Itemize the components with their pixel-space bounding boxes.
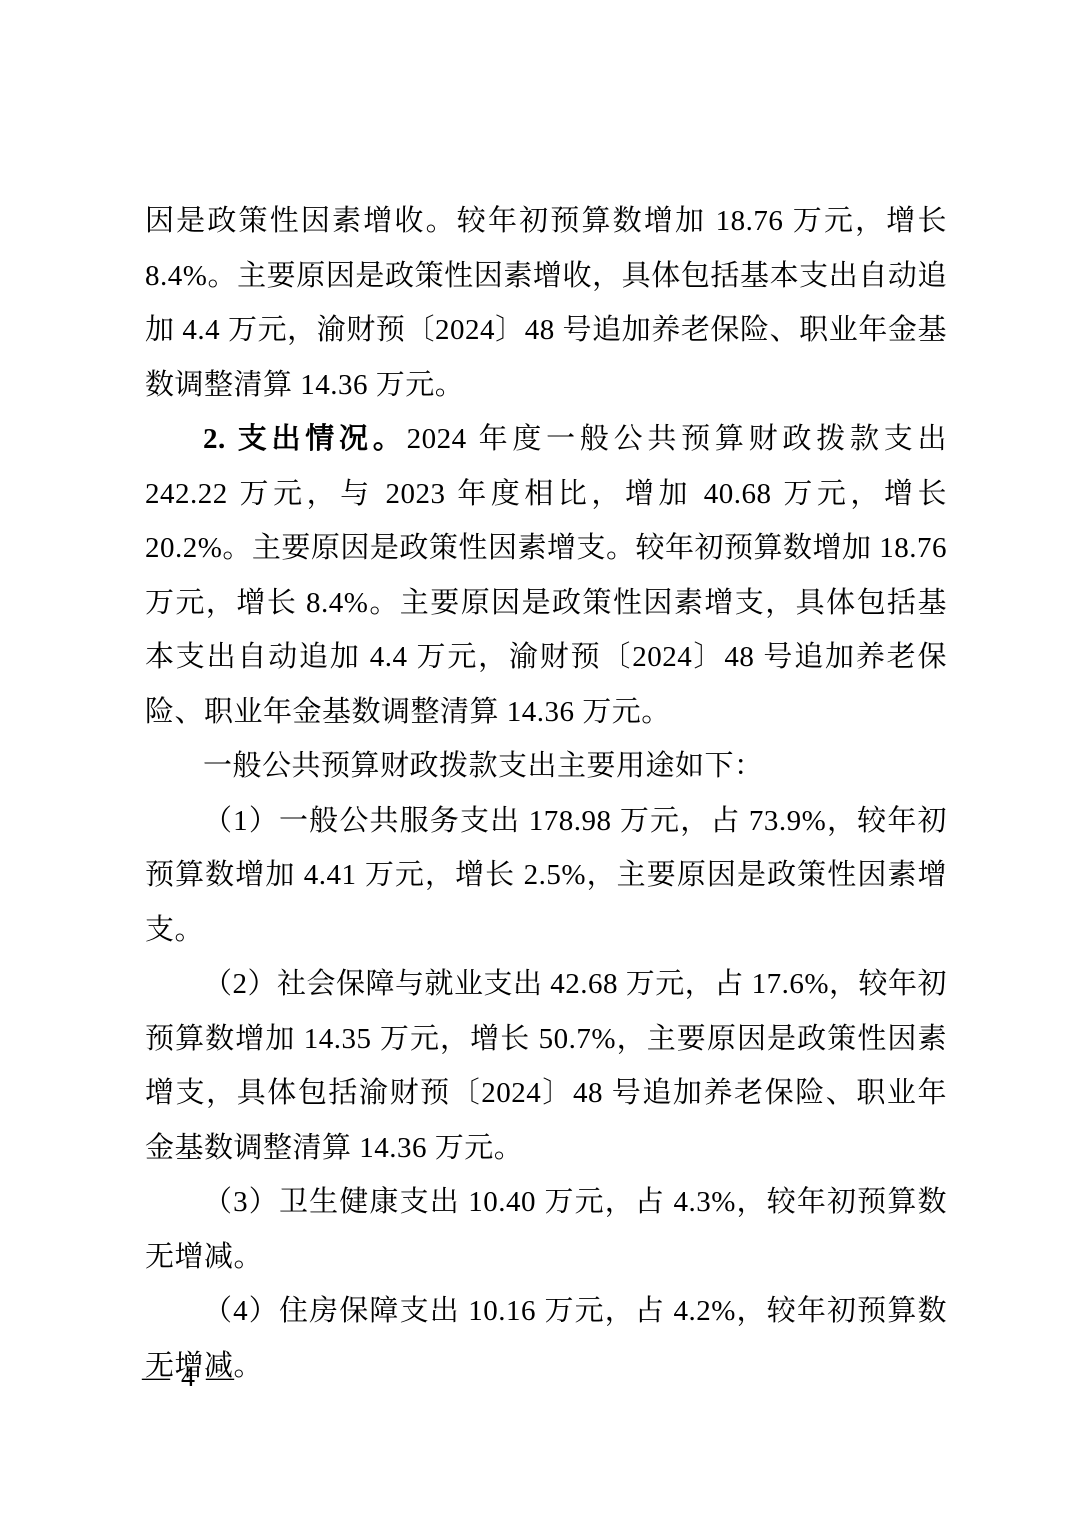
paragraph-item-3-health: （3）卫生健康支出 10.40 万元，占 4.3%，较年初预算数无增减。 bbox=[145, 1175, 947, 1284]
paragraph-item-2-social-security-employment: （2）社会保障与就业支出 42.68 万元，占 17.6%，较年初预算数增加 1… bbox=[145, 957, 947, 1175]
paragraph-expenditure-overview: 2. 支出情况。2024 年度一般公共预算财政拨款支出 242.22 万元，与 … bbox=[145, 412, 947, 739]
paragraph-item-4-housing-security: （4）住房保障支出 10.16 万元，占 4.2%，较年初预算数无增减。 bbox=[145, 1284, 947, 1393]
page-number: — 4 — bbox=[142, 1358, 236, 1398]
expenditure-section-body: 2024 年度一般公共预算财政拨款支出 242.22 万元，与 2023 年度相… bbox=[145, 423, 947, 728]
paragraph-usage-intro: 一般公共预算财政拨款支出主要用途如下： bbox=[145, 739, 947, 794]
document-body-text: 因是政策性因素增收。较年初预算数增加 18.76 万元，增长 8.4%。主要原因… bbox=[145, 194, 947, 1393]
paragraph-item-1-general-public-services: （1）一般公共服务支出 178.98 万元，占 73.9%，较年初预算数增加 4… bbox=[145, 794, 947, 958]
paragraph-revenue-continuation: 因是政策性因素增收。较年初预算数增加 18.76 万元，增长 8.4%。主要原因… bbox=[145, 194, 947, 412]
expenditure-section-heading: 2. 支出情况。 bbox=[203, 423, 407, 455]
document-page: 因是政策性因素增收。较年初预算数增加 18.76 万元，增长 8.4%。主要原因… bbox=[0, 0, 1075, 1520]
